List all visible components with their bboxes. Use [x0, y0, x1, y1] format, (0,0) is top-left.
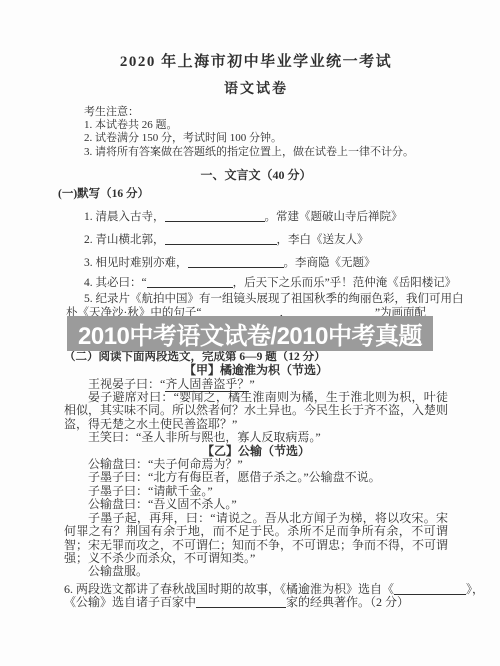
passage-yi-paragraph-4: 公输盘曰：“吾义固不杀人。” [64, 498, 448, 511]
notice-item-1: 1. 本试卷共 26 题。 [84, 119, 448, 132]
q3-post: 。李商隐《无题》 [284, 257, 376, 269]
answer-blank-line [147, 277, 233, 288]
dictation-question-2: 2. 青山横北郭，，李白《送友人》 [84, 233, 448, 247]
dictation-question-3: 3. 相见时难别亦难，。李商隐《无题》 [84, 256, 448, 270]
question-6: 6. 两段选文都讲了春秋战国时期的故事，《橘逾淮为枳》选自《》， 《公输》选自诸… [64, 583, 448, 610]
q1-post: 。常建《题破山寺后禅院》 [265, 211, 403, 223]
passage-jia-paragraph-2: 晏子避席对曰：“婴闻之，橘生淮南则为橘，生于淮北则为枳，叶徒相似，其实味不同。所… [64, 391, 448, 431]
exam-paper-page: 2020 年上海市初中毕业学业统一考试 语文试卷 考生注意： 1. 本试卷共 2… [0, 0, 500, 666]
q2-post: ，李白《送友人》 [277, 234, 369, 246]
q4-post: ，后天下之乐而乐”乎！范仲淹《岳阳楼记》 [233, 277, 457, 289]
answer-blank-line [394, 584, 466, 595]
dictation-question-1: 1. 清晨入古寺，。常建《题破山寺后禅院》 [84, 210, 448, 224]
watermark-banner: 2010中考语文试卷/2010中考真题 [67, 316, 433, 351]
exam-subtitle: 语文试卷 [64, 81, 448, 99]
answer-blank-line [165, 211, 265, 222]
q4-pre: 4. 其必曰：“ [84, 277, 147, 289]
passage-yi-paragraph-6: 公输盘服。 [64, 565, 448, 578]
notice-item-2: 2. 试卷满分 150 分，考试时间 100 分钟。 [84, 132, 448, 145]
q3-pre: 3. 相见时难别亦难， [84, 257, 188, 269]
jia-p1-pre: 王视晏子曰：“ [88, 377, 165, 391]
dictation-question-4: 4. 其必曰：“，后天下之乐而乐”乎！范仲淹《岳阳楼记》 [84, 276, 448, 290]
q6-line2-pre: 《公输》选自诸子百家中 [64, 595, 196, 609]
question-6-line-2: 《公输》选自诸子百家中家的经典著作。（2 分） [64, 596, 448, 609]
reading-section: （二）阅读下面两段选文，完成第 6—9 题（12 分） 【甲】橘逾淮为枳（节选）… [64, 351, 448, 610]
exam-title: 2020 年上海市初中毕业学业统一考试 [64, 52, 448, 72]
dictation-question-5-line-1: 5. 纪录片《航拍中国》有一组镜头展现了祖国秋季的绚丽色彩，我们可用白 [84, 292, 448, 306]
passage-jia-paragraph-3: 王笑曰：“圣人非所与熙也，寡人反取病焉。” [64, 431, 448, 444]
passage-yi-paragraph-5: 子墨子起，再拜，曰：“请说之。吾从北方闻子为梯，将以攻宋。宋何罪之有？荆国有余于… [64, 512, 448, 566]
candidate-notice: 考生注意： 1. 本试卷共 26 题。 2. 试卷满分 150 分，考试时间 1… [84, 106, 448, 159]
section-one-title: 一、文言文（40 分） [64, 168, 448, 182]
q1-pre: 1. 清晨入古寺， [84, 211, 165, 223]
answer-blank-line [196, 597, 286, 608]
notice-label: 考生注意： [84, 106, 448, 119]
answer-blank-line [165, 234, 277, 245]
q6-line1-pre: 6. 两段选文都讲了春秋战国时期的故事，《橘逾淮为枳》选自《 [64, 582, 394, 596]
q2-pre: 2. 青山横北郭， [84, 234, 165, 246]
q6-line1-post: 》， [466, 582, 484, 596]
notice-item-3: 3. 请将所有答案做在答题纸的指定位置上，做在试卷上一律不计分。 [84, 146, 448, 159]
jia-p1-post: ” [249, 377, 254, 391]
passage-jia-heading: 【甲】橘逾淮为枳（节选） [64, 364, 448, 377]
dictation-title: (一)默写（16 分） [58, 187, 448, 201]
passage-yi-paragraph-2: 子墨子曰：“北方有侮臣者，愿借子杀之。”公输盘不说。 [64, 471, 448, 484]
q6-line2-post: 家的经典著作。（2 分） [286, 595, 409, 609]
answer-blank-line [188, 257, 284, 268]
